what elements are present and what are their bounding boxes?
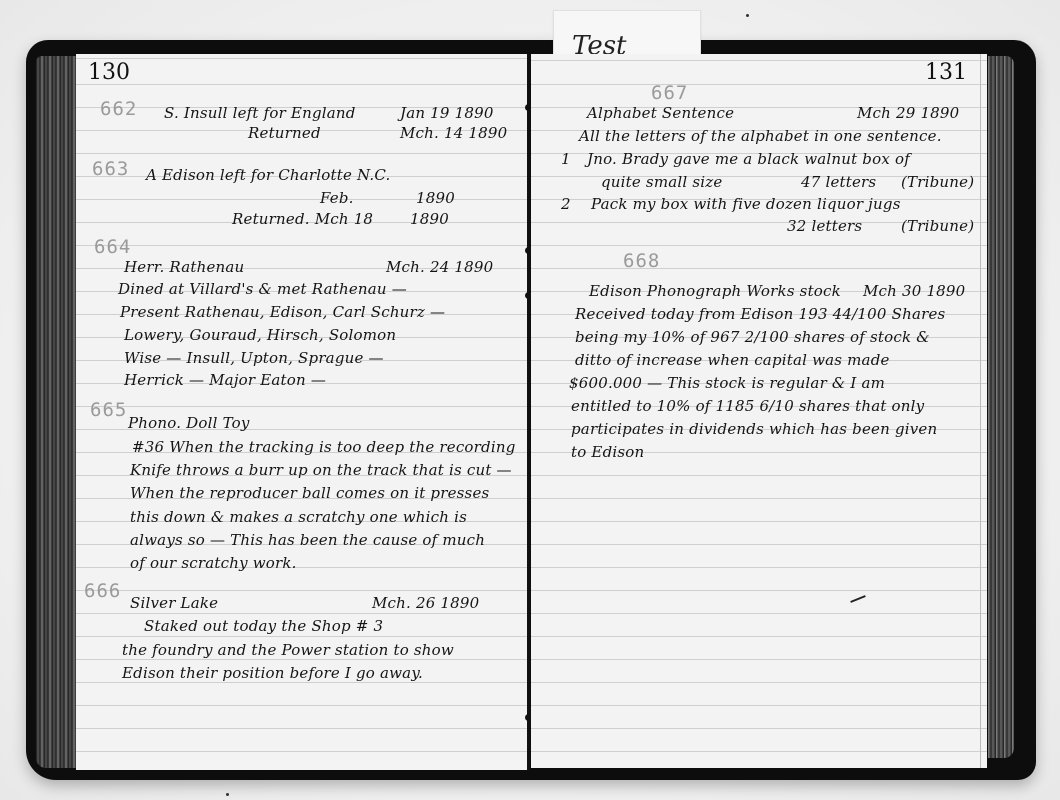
entry-number-666: 666 bbox=[84, 580, 121, 602]
entry-664-body-3: Lowery, Gouraud, Hirsch, Solomon bbox=[124, 326, 396, 344]
entry-number-664: 664 bbox=[94, 236, 131, 258]
right-page: 131 667 Alphabet Sentence Mch 29 1890 Al… bbox=[531, 54, 987, 768]
entry-665-body-1: #36 When the tracking is too deep the re… bbox=[132, 438, 516, 456]
sentence-2-line-1: Pack my box with five dozen liquor jugs bbox=[591, 195, 901, 213]
page-margin-line bbox=[980, 54, 981, 768]
entry-665-body-6: of our scratchy work. bbox=[130, 554, 297, 572]
entry-668-body-3: ditto of increase when capital was made bbox=[575, 351, 890, 369]
entry-667-title: Alphabet Sentence bbox=[587, 104, 734, 122]
stray-pen-mark bbox=[850, 595, 866, 603]
sentence-1-line-1: Jno. Brady gave me a black walnut box of bbox=[587, 150, 910, 168]
entry-665-body-4: this down & makes a scratchy one which i… bbox=[130, 508, 467, 526]
sentence-2-source: (Tribune) bbox=[901, 217, 974, 235]
page-number-right: 131 bbox=[925, 60, 967, 85]
entry-668-title: Edison Phonograph Works stock bbox=[589, 282, 841, 300]
entry-668-body-2: being my 10% of 967 2/100 shares of stoc… bbox=[575, 328, 930, 346]
entry-664-body-5: Herrick — Major Eaton — bbox=[124, 371, 326, 389]
entry-668-body-7: to Edison bbox=[571, 443, 644, 461]
entry-663-date-2: 1890 bbox=[416, 189, 455, 207]
entry-664-body-4: Wise — Insull, Upton, Sprague — bbox=[124, 349, 384, 367]
page-edges-right bbox=[988, 56, 1014, 758]
entry-668-body-6: participates in dividends which has been… bbox=[571, 420, 937, 438]
entry-number-663: 663 bbox=[92, 158, 129, 180]
entry-667-subtitle: All the letters of the alphabet in one s… bbox=[579, 127, 942, 145]
entry-668-body-4: $600.000 — This stock is regular & I am bbox=[569, 374, 885, 392]
entry-664-date: Mch. 24 1890 bbox=[386, 258, 493, 276]
entry-666-date: Mch. 26 1890 bbox=[372, 594, 479, 612]
entry-666-body-1: Staked out today the Shop # 3 bbox=[144, 617, 383, 635]
sentence-1-source: (Tribune) bbox=[901, 173, 974, 191]
entry-662-date-2: Mch. 14 1890 bbox=[400, 124, 507, 142]
entry-663-line-3: Returned. Mch 18 bbox=[232, 210, 373, 228]
entry-662-date-1: Jan 19 1890 bbox=[400, 104, 494, 122]
entry-number-662: 662 bbox=[100, 98, 137, 120]
entry-663-line-2: Feb. bbox=[320, 189, 354, 207]
page-gutter bbox=[527, 54, 530, 770]
entry-665-body-5: always so — This has been the cause of m… bbox=[130, 531, 485, 549]
entry-666-body-2: the foundry and the Power station to sho… bbox=[122, 641, 454, 659]
paper-tab-slip: Test bbox=[553, 10, 701, 57]
page-number-left: 130 bbox=[88, 60, 130, 85]
entry-667-date: Mch 29 1890 bbox=[857, 104, 959, 122]
entry-665-title: Phono. Doll Toy bbox=[128, 414, 250, 432]
entry-666-body-3: Edison their position before I go away. bbox=[122, 664, 423, 682]
entry-number-665: 665 bbox=[90, 399, 127, 421]
entry-664-title: Herr. Rathenau bbox=[124, 258, 244, 276]
entry-665-body-3: When the reproducer ball comes on it pre… bbox=[130, 484, 489, 502]
sentence-2-index: 2 bbox=[561, 195, 571, 213]
left-page: 130 662 S. Insull left for England Jan 1… bbox=[76, 54, 528, 770]
sentence-2-count: 32 letters bbox=[787, 217, 862, 235]
entry-666-title: Silver Lake bbox=[130, 594, 218, 612]
entry-663-date-3: 1890 bbox=[410, 210, 449, 228]
sentence-1-count: 47 letters bbox=[801, 173, 876, 191]
entry-668-body-1: Received today from Edison 193 44/100 Sh… bbox=[575, 305, 945, 323]
page-edges-left bbox=[36, 56, 76, 768]
entry-664-body-2: Present Rathenau, Edison, Carl Schurz — bbox=[120, 303, 445, 321]
entry-663-line-1: A Edison left for Charlotte N.C. bbox=[146, 166, 390, 184]
sentence-1-index: 1 bbox=[561, 150, 571, 168]
entry-662-line-1: S. Insull left for England bbox=[164, 104, 356, 122]
entry-number-668: 668 bbox=[623, 250, 660, 272]
entry-number-667: 667 bbox=[651, 82, 688, 104]
entry-665-body-2: Knife throws a burr up on the track that… bbox=[130, 461, 512, 479]
entry-668-date: Mch 30 1890 bbox=[863, 282, 965, 300]
entry-662-line-2: Returned bbox=[248, 124, 321, 142]
entry-664-body-1: Dined at Villard's & met Rathenau — bbox=[118, 280, 407, 298]
dust-speck bbox=[226, 793, 229, 796]
sentence-1-line-2: quite small size bbox=[601, 173, 722, 191]
dust-speck bbox=[746, 14, 749, 17]
entry-668-body-5: entitled to 10% of 1185 6/10 shares that… bbox=[571, 397, 924, 415]
